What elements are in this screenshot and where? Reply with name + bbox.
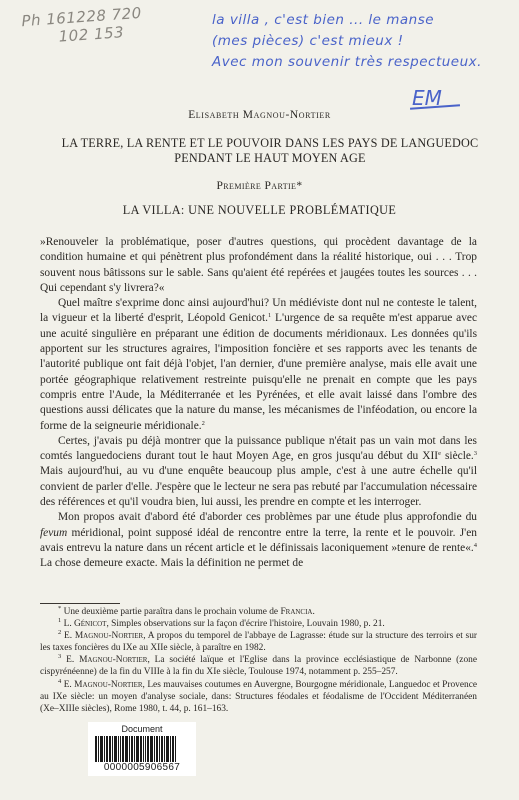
barcode-sticker: Document 0000005906567 bbox=[88, 722, 196, 776]
dedication-line-2: (mes pièces) c'est mieux ! bbox=[212, 31, 482, 52]
dedication-line-3: Avec mon souvenir très respectueux. bbox=[212, 52, 482, 73]
article-body: »Renouveler la problématique, poser d'au… bbox=[40, 235, 477, 572]
barcode-number: 0000005906567 bbox=[88, 762, 196, 773]
footnote-2: 2 E. Magnou-Nortier, A propos du tempore… bbox=[40, 630, 477, 654]
handwritten-dedication: la villa , c'est bien ... le manse (mes … bbox=[212, 10, 482, 73]
barcode-icon bbox=[95, 736, 189, 762]
document-page: Ph 161228 720 102 153 la villa , c'est b… bbox=[0, 0, 519, 800]
dedication-line-1: la villa , c'est bien ... le manse bbox=[212, 10, 482, 31]
footnote-1: 1 L. Génicot, Simples observations sur l… bbox=[40, 618, 477, 630]
footnote-ref-4[interactable]: 4 bbox=[474, 542, 477, 549]
article-title: LA TERRE, LA RENTE ET LE POUVOIR DANS LE… bbox=[20, 136, 519, 166]
footnote-star: * Une deuxième partie paraîtra dans le p… bbox=[40, 606, 477, 618]
paragraph-3: Certes, j'avais pu déjà montrer que la p… bbox=[40, 434, 477, 510]
paragraph-4: Mon propos avait d'abord été d'aborder c… bbox=[40, 510, 477, 571]
paragraph-quote: »Renouveler la problématique, poser d'au… bbox=[40, 235, 477, 296]
barcode-label: Document bbox=[88, 724, 196, 734]
footnotes: * Une deuxième partie paraîtra dans le p… bbox=[40, 606, 477, 715]
part-heading: Première Partie* bbox=[0, 180, 519, 192]
footnote-ref-3[interactable]: 3 bbox=[474, 450, 477, 457]
paragraph-2: Quel maître s'exprime donc ainsi aujourd… bbox=[40, 296, 477, 434]
title-line-1: LA TERRE, LA RENTE ET LE POUVOIR DANS LE… bbox=[20, 136, 519, 151]
footnote-separator bbox=[40, 603, 120, 604]
pencil-call-number: Ph 161228 720 102 153 bbox=[21, 4, 144, 48]
title-line-2: PENDANT LE HAUT MOYEN AGE bbox=[20, 151, 519, 166]
section-title: LA VILLA: UNE NOUVELLE PROBLÉMATIQUE bbox=[0, 203, 519, 218]
footnote-4: 4 E. Magnou-Nortier, Les mauvaises coutu… bbox=[40, 679, 477, 715]
footnote-ref-2[interactable]: 2 bbox=[202, 420, 205, 427]
author-name: Elisabeth Magnou-Nortier bbox=[0, 109, 519, 121]
footnote-3: 3 E. Magnou-Nortier, La société laïque e… bbox=[40, 654, 477, 678]
